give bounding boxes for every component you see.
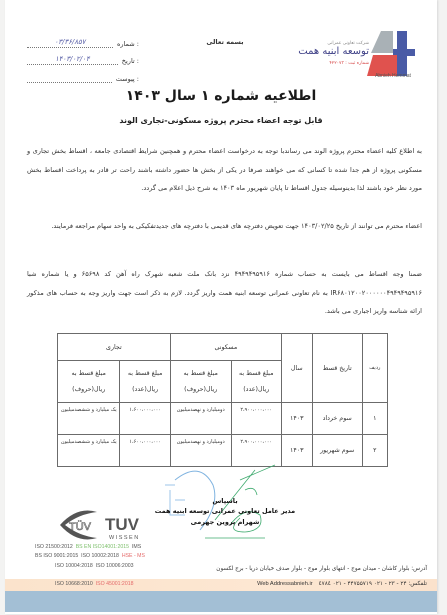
iso-cert: ISO 45001:2018 [96, 581, 134, 587]
letter-page: Abnieh Hemmat شرکت تعاونی عمرانی توسعه ا… [5, 0, 437, 614]
tuv-mark: TÜV [69, 521, 92, 533]
cell-residential-digits: ۲،۹۰۰،۰۰۰،۰۰۰ [231, 403, 281, 435]
cell-commercial-words: یک میلیارد و ششصدمیلیون [58, 403, 120, 435]
iso-cert: ISO 21500:2012 [35, 544, 73, 550]
cell-date: سوم خرداد [312, 403, 362, 435]
cell-index: ۱ [362, 403, 387, 435]
cell-year: ۱۴۰۳ [281, 403, 312, 435]
col-year-header: سال [281, 334, 312, 403]
number-field: شماره : ۰۳/۳۶/۸۵۷ [27, 36, 139, 48]
bismillah: بسمه تعالی [185, 38, 265, 46]
col-residential-digits: مبلغ قسط به ریال(عدد) [231, 361, 281, 403]
iso-cert: ISO 10002:2018 [81, 553, 119, 559]
date-field: تاریخ : ۱۴۰۳/۰۲/۰۴ [27, 53, 139, 65]
notice-subtitle: قابل توجه اعضاء محترم پروژه مسکونی-تجاری… [5, 116, 437, 125]
col-row-header: ردیف [362, 334, 387, 403]
company-logo-icon [367, 31, 419, 76]
company-registration: شماره ثبت : ۴۲۲۰۷۳ [295, 61, 369, 66]
signature-closing: باسپاس [155, 497, 295, 505]
phone-fax: تلفکس: ۲۴ - ۲۳ - ۰۲۱ ۴۴۷۵۵۷۱۹ - ۰۲۱ ٤٧٨٤ [319, 581, 427, 587]
iso-cert: HSE - MS [122, 553, 145, 559]
col-commercial-header: تجاری [58, 334, 171, 361]
company-address: آدرس: بلوار کاشان - میدان موج - انتهای ب… [175, 566, 427, 572]
iso-cert: BS ISO 9001:2015 [35, 553, 78, 559]
attachment-value [27, 82, 112, 83]
cell-residential-words: دومیلیارد و نهصدمیلیون [170, 403, 231, 435]
iso-cert: ISO 10004:2018 [55, 563, 93, 569]
paragraph-2: اعضاء محترم می توانند از تاریخ ۱۴۰۳/۰۲/۲… [27, 217, 422, 236]
cell-index: ۲ [362, 435, 387, 467]
iso-line-3: ISO 10004:2018 ISO 10006:2003 [55, 563, 133, 569]
logo-caption: Abnieh Hemmat [357, 73, 429, 79]
tuv-logo-icon: TÜV TUV WISSEN [57, 508, 157, 542]
company-name: توسعه ابنیه همت [277, 46, 369, 57]
date-label: تاریخ : [122, 57, 139, 65]
number-value: ۰۳/۳۶/۸۵۷ [27, 37, 113, 48]
notice-title: اطلاعیه شماره ۱ سال ۱۴۰۳ [5, 88, 437, 104]
date-value: ۱۴۰۳/۰۲/۰۴ [27, 54, 118, 65]
col-commercial-digits: مبلغ قسط به ریال(عدد) [120, 361, 170, 403]
paragraph-1: به اطلاع کلیه اعضاء محترم پروژه الوند می… [27, 142, 422, 198]
signature-name: شهرام پروین جهرمی [145, 518, 305, 526]
iso-line-4: ISO 10668:2010 ISO 45001:2018 [55, 581, 133, 587]
svg-text:WISSEN: WISSEN [109, 535, 140, 541]
installments-table: ردیف تاریخ قسط سال مسکونی تجاری مبلغ قسط… [57, 333, 388, 467]
iso-cert: ISO 10006:2003 [96, 563, 134, 569]
contact-line: Web Addressabnieh.ir تلفکس: ۲۴ - ۲۳ - ۰۲… [175, 581, 427, 587]
iso-cert: ISO 10668:2010 [55, 581, 93, 587]
iso-line-2: BS ISO 9001:2015 ISO 10002:2018 HSE - MS [35, 553, 145, 559]
iso-cert: BS EN ISO14001:2015 [76, 544, 129, 550]
table-header-row: ردیف تاریخ قسط سال مسکونی تجاری [58, 334, 388, 361]
col-commercial-words: مبلغ قسط به ریال(حروف) [58, 361, 120, 403]
col-date-header: تاریخ قسط [312, 334, 362, 403]
iso-cert: IMS [132, 544, 141, 550]
paragraph-3: ضمنا وجه اقساط می بایست به حساب شماره ۴۹… [27, 265, 422, 321]
web-address: Web Addressabnieh.ir [257, 581, 313, 587]
number-label: شماره : [117, 40, 139, 48]
attachment-label: پیوست : [116, 75, 139, 83]
attachment-field: پیوست : [27, 71, 139, 83]
svg-text:TUV: TUV [105, 515, 140, 534]
iso-line-1: ISO 21500:2012 BS EN ISO14001:2015 IMS [35, 544, 141, 550]
table-row: ۱ سوم خرداد ۱۴۰۳ ۲،۹۰۰،۰۰۰،۰۰۰ دومیلیارد… [58, 403, 388, 435]
col-residential-words: مبلغ قسط به ریال(حروف) [170, 361, 231, 403]
cell-commercial-digits: ۱،۶۰۰،۰۰۰،۰۰۰ [120, 403, 170, 435]
col-residential-header: مسکونی [170, 334, 281, 361]
footer-blue-band [5, 591, 437, 612]
cell-commercial-words: یک میلیارد و ششصدمیلیون [58, 435, 120, 467]
